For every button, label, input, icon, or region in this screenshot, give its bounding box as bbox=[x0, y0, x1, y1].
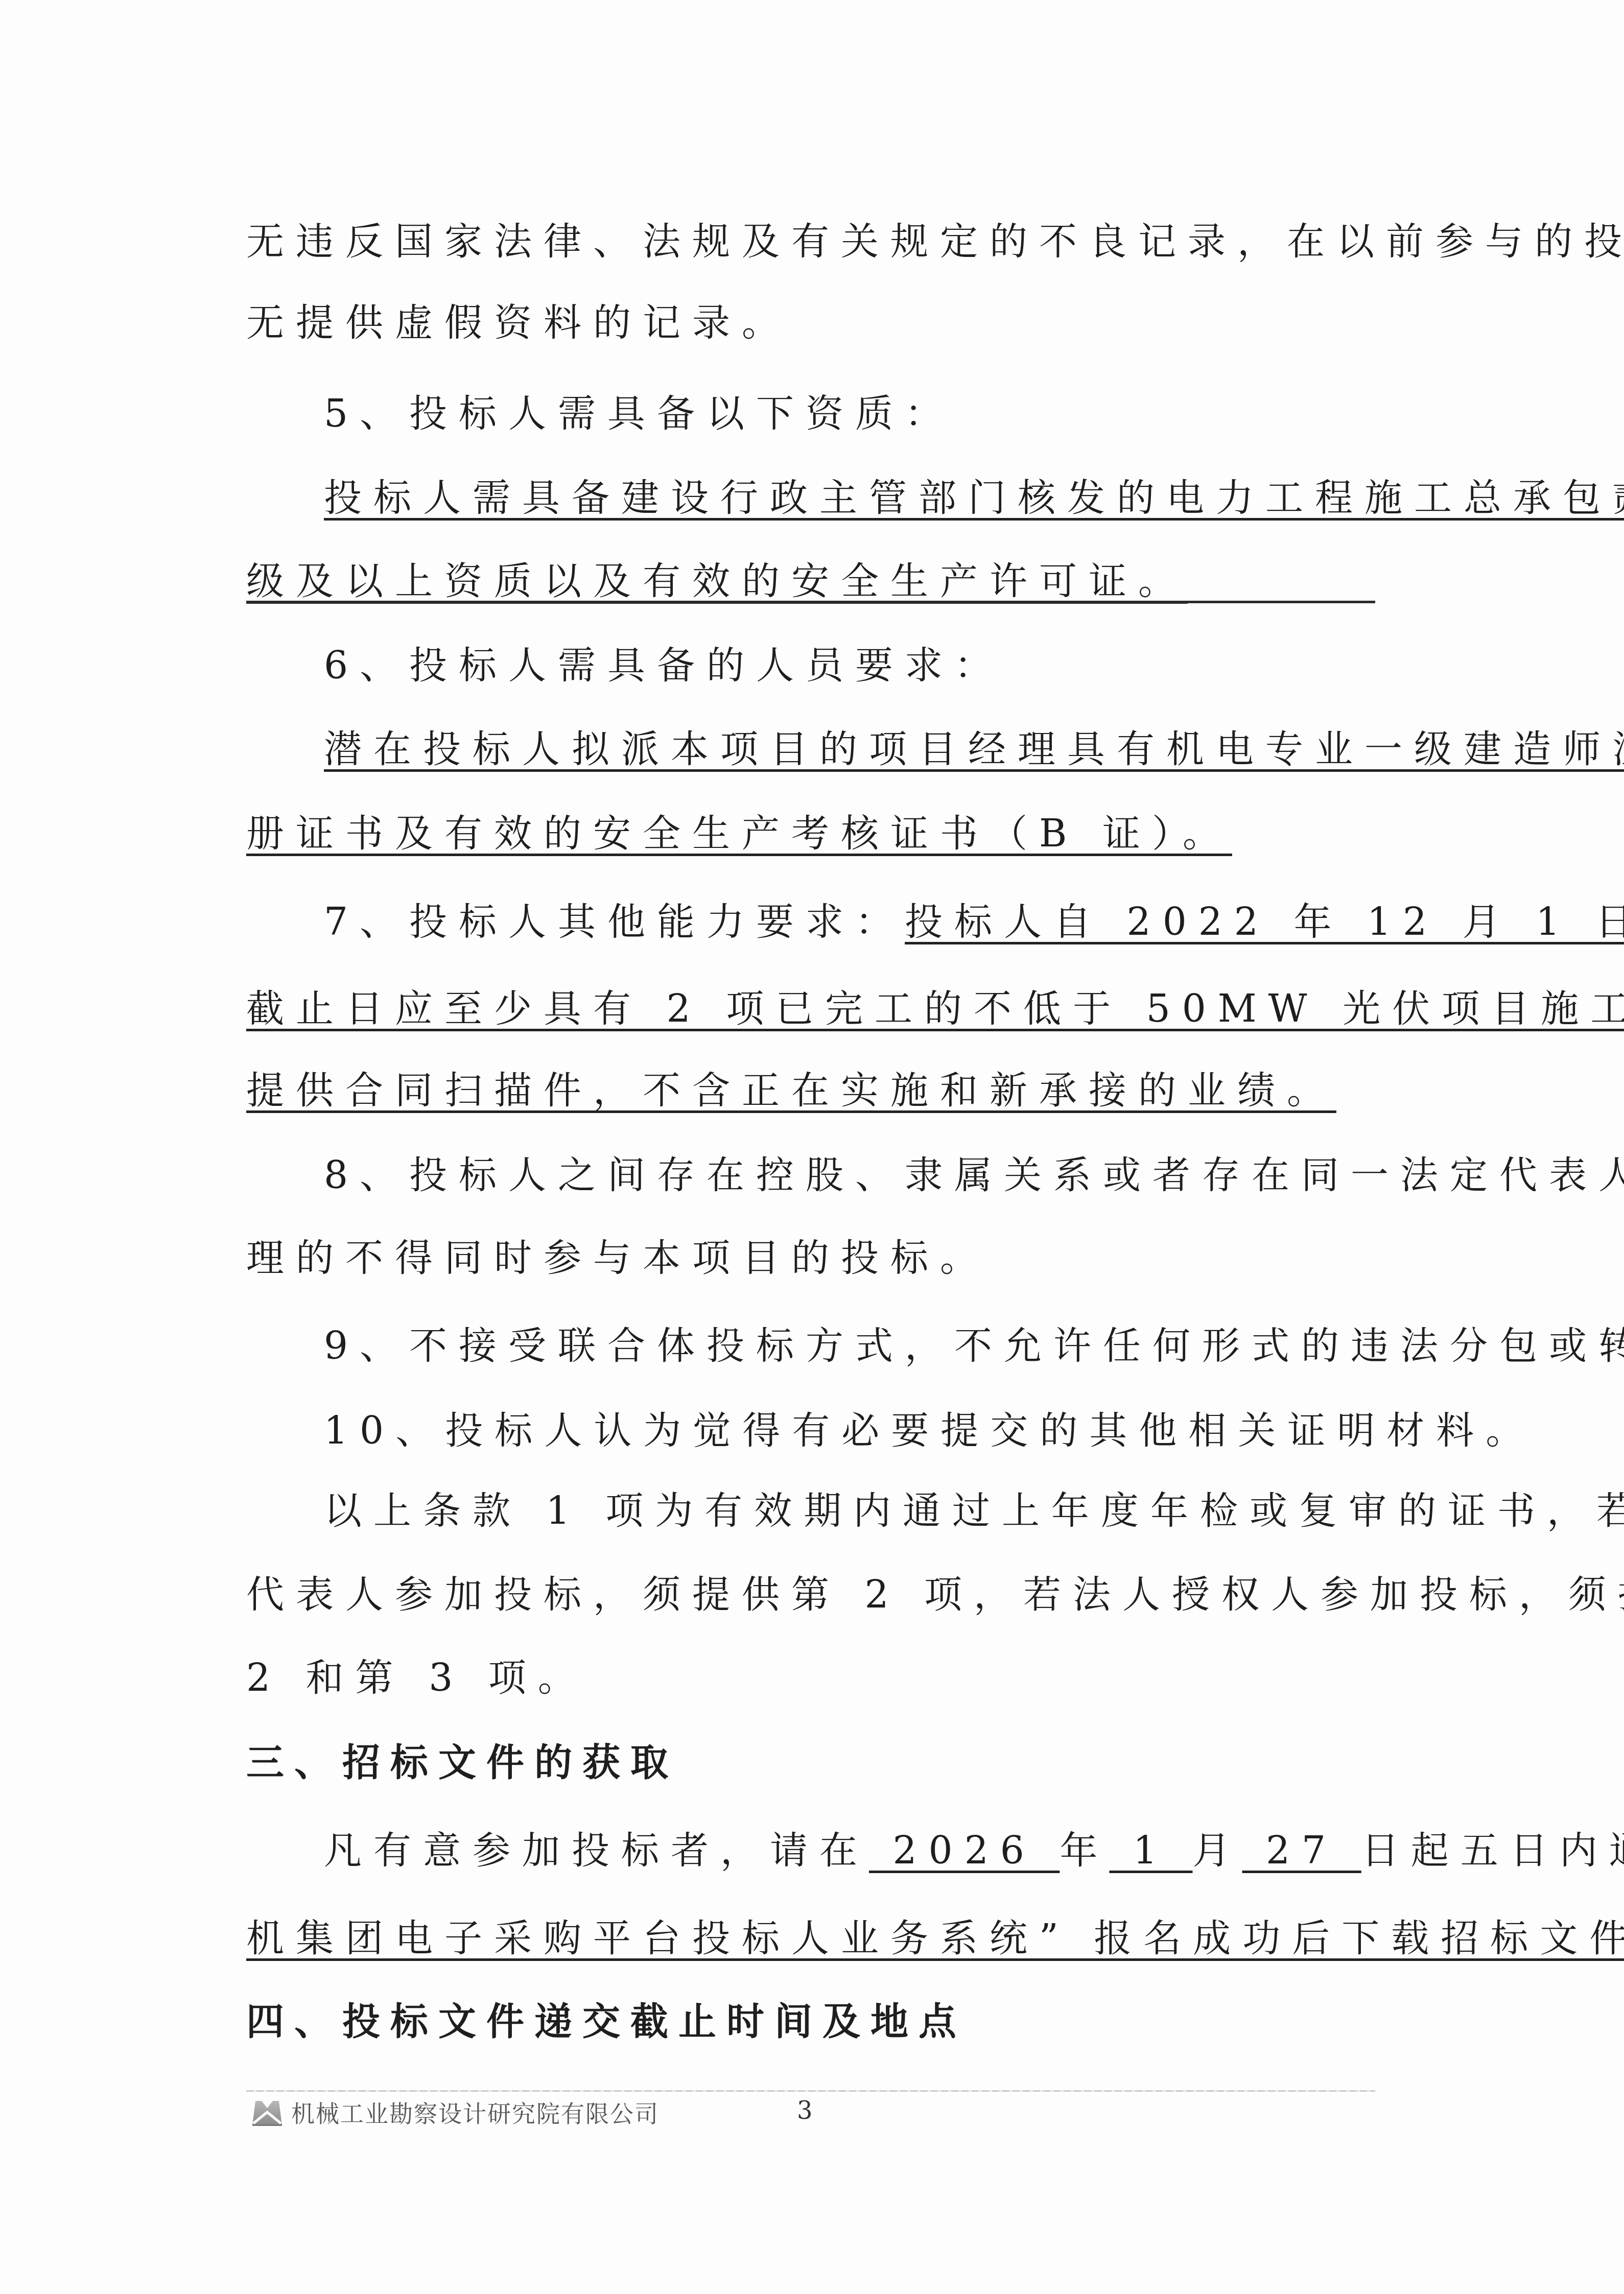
footer-company-name: 机械工业勘察设计研究院有限公司 bbox=[291, 2095, 659, 2129]
paragraph-line: 潜在投标人拟派本项目的项目经理具有机电专业一级建造师注 bbox=[246, 721, 1375, 777]
paragraph-line: 9、不接受联合体投标方式，不允许任何形式的违法分包或转包。 bbox=[246, 1318, 1375, 1374]
paragraph-line: 投标人需具备建设行政主管部门核发的电力工程施工总承包贰 bbox=[246, 470, 1375, 526]
underlined-text: 提供合同扫描件，不含正在实施和新承接的业绩。 bbox=[246, 1069, 1336, 1113]
paragraph-line: 6、投标人需具备的人员要求： bbox=[246, 637, 1375, 694]
paragraph-line: 提供合同扫描件，不含正在实施和新承接的业绩。 bbox=[246, 1062, 1375, 1119]
text-segment: 理的不得同时参与本项目的投标。 bbox=[246, 1236, 990, 1280]
text-segment: 5、投标人需具备以下资质： bbox=[324, 392, 954, 436]
text-segment: 以上条款 1 项为有效期内通过上年度年检或复审的证书，若法定 bbox=[324, 1489, 1624, 1533]
text-segment: 年 bbox=[1060, 1829, 1109, 1873]
document-page: 无违反国家法律、法规及有关规定的不良记录，在以前参与的投标中无提供虚假资料的记录… bbox=[0, 0, 1624, 2294]
paragraph-line: 代表人参加投标，须提供第 2 项，若法人授权人参加投标，须提供第 bbox=[246, 1567, 1375, 1623]
underlined-text: 潜在投标人拟派本项目的项目经理具有机电专业一级建造师注 bbox=[324, 727, 1624, 771]
paragraph-line: 5、投标人需具备以下资质： bbox=[246, 386, 1375, 442]
page-footer: 机械工业勘察设计研究院有限公司 bbox=[250, 2094, 659, 2130]
underlined-text: 27 bbox=[1242, 1829, 1361, 1873]
paragraph-line: 凡有意参加投标者，请在 2026 年 1 月 27 日起五日内通过“国 bbox=[246, 1823, 1375, 1879]
text-segment: 日起五日内通过“ bbox=[1361, 1829, 1624, 1873]
text-segment: 9、不接受联合体投标方式，不允许任何形式的违法分包或转包。 bbox=[324, 1324, 1624, 1368]
text-segment: 无违反国家法律、法规及有关规定的不良记录，在以前参与的投标中 bbox=[246, 220, 1624, 264]
page-number: 3 bbox=[797, 2096, 813, 2125]
paragraph-line: 无违反国家法律、法规及有关规定的不良记录，在以前参与的投标中 bbox=[246, 214, 1375, 270]
underlined-text: 投标人需具备建设行政主管部门核发的电力工程施工总承包贰 bbox=[324, 476, 1624, 520]
text-segment: 月 bbox=[1193, 1829, 1242, 1873]
text-segment: 10、投标人认为觉得有必要提交的其他相关证明材料。 bbox=[324, 1409, 1535, 1453]
text-segment: 8、投标人之间存在控股、隶属关系或者存在同一法定代表人管 bbox=[324, 1153, 1624, 1197]
footer-divider bbox=[246, 2090, 1375, 2092]
text-segment: 无提供虚假资料的记录。 bbox=[246, 301, 791, 345]
paragraph-line: 理的不得同时参与本项目的投标。 bbox=[246, 1230, 1375, 1286]
text-segment: 代表人参加投标，须提供第 2 项，若法人授权人参加投标，须提供第 bbox=[246, 1573, 1624, 1617]
underline-fill-rule bbox=[246, 601, 1375, 603]
paragraph-line: 2 和第 3 项。 bbox=[246, 1650, 1375, 1706]
underlined-text: 2026 bbox=[869, 1829, 1060, 1873]
text-segment: 四、投标文件递交截止时间及地点 bbox=[246, 2000, 967, 2044]
paragraph-line: 10、投标人认为觉得有必要提交的其他相关证明材料。 bbox=[246, 1403, 1375, 1459]
company-mountain-logo-icon bbox=[250, 2098, 284, 2126]
paragraph-line: 册证书及有效的安全生产考核证书（B 证）。 bbox=[246, 806, 1375, 862]
underlined-text: 截止日应至少具有 2 项已完工的不低于 50MW 光伏项目施工业绩，应 bbox=[246, 987, 1624, 1031]
section-heading: 四、投标文件递交截止时间及地点 bbox=[246, 1994, 1375, 2050]
paragraph-line: 7、投标人其他能力要求：投标人自 2022 年 12 月 1 日起至投标 bbox=[246, 894, 1375, 950]
paragraph-line: 无提供虚假资料的记录。 bbox=[246, 295, 1375, 351]
paragraph-line: 以上条款 1 项为有效期内通过上年度年检或复审的证书，若法定 bbox=[246, 1483, 1375, 1539]
paragraph-line: 截止日应至少具有 2 项已完工的不低于 50MW 光伏项目施工业绩，应 bbox=[246, 981, 1375, 1037]
text-segment: 6、投标人需具备的人员要求： bbox=[324, 644, 1004, 688]
paragraph-line: 机集团电子采购平台投标人业务系统” 报名成功后下载招标文件。 bbox=[246, 1910, 1375, 1967]
text-segment: 凡有意参加投标者，请在 bbox=[324, 1829, 869, 1873]
text-segment: 三、招标文件的获取 bbox=[246, 1741, 678, 1785]
underlined-text: 机集团电子采购平台投标人业务系统” 报名成功后下载招标文件 bbox=[246, 1917, 1624, 1960]
text-segment: 7、投标人其他能力要求： bbox=[324, 900, 905, 944]
underlined-text: 册证书及有效的安全生产考核证书（B 证）。 bbox=[246, 812, 1232, 856]
underlined-text: 级及以上资质以及有效的安全生产许可证。 bbox=[246, 559, 1188, 603]
underlined-text: 投标人自 2022 年 12 月 1 日起至投标 bbox=[905, 900, 1624, 944]
paragraph-line: 8、投标人之间存在控股、隶属关系或者存在同一法定代表人管 bbox=[246, 1147, 1375, 1203]
underlined-text: 1 bbox=[1109, 1829, 1192, 1873]
text-segment: 2 和第 3 项。 bbox=[246, 1656, 587, 1700]
section-heading: 三、招标文件的获取 bbox=[246, 1735, 1375, 1791]
